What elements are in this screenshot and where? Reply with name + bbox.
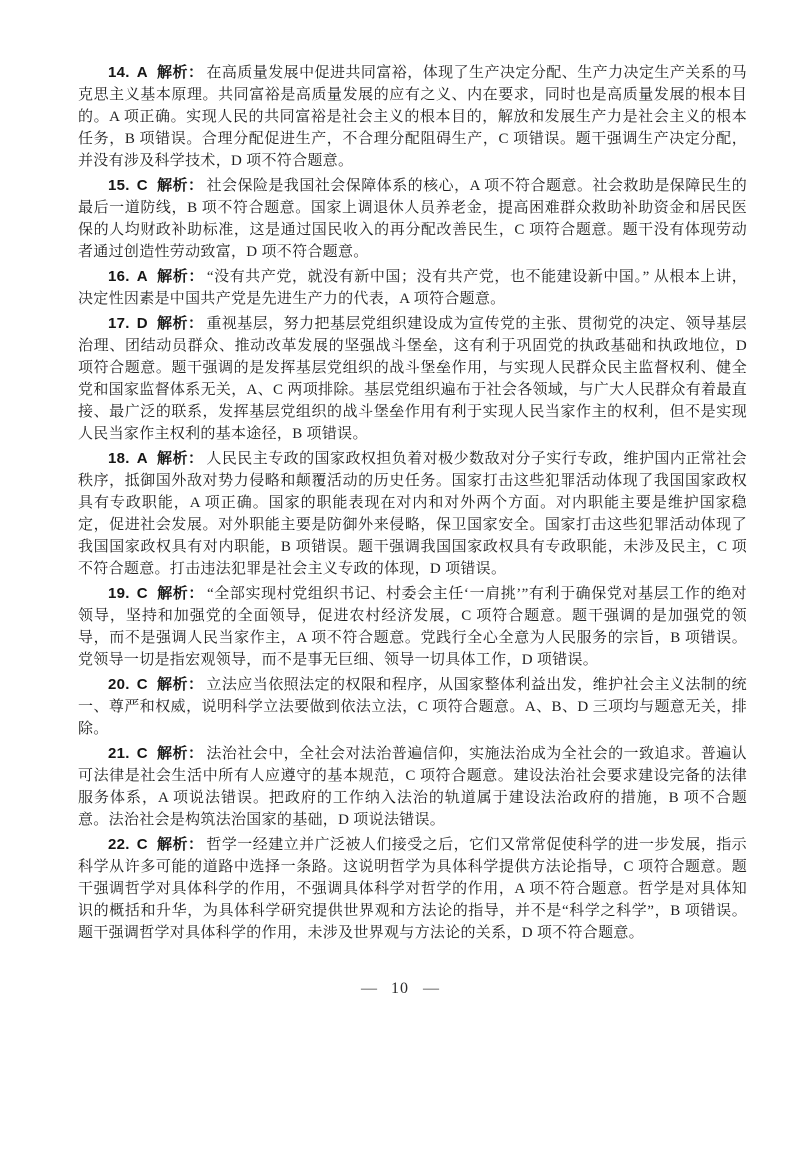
page-number: 10 xyxy=(391,980,409,998)
answer-item: 22.C解析：哲学一经建立并广泛被人们接受之后，它们又常常促使科学的进一步发展，… xyxy=(78,834,747,944)
answer-choice: C xyxy=(137,177,148,194)
answer-choice: C xyxy=(137,585,148,602)
answer-number: 22. xyxy=(108,836,130,853)
answer-number: 20. xyxy=(108,676,130,693)
analysis-label: 解析： xyxy=(157,64,204,81)
answer-choice: A xyxy=(137,64,148,81)
answer-item: 14.A解析：在高质量发展中促进共同富裕，体现了生产决定分配、生产力决定生产关系… xyxy=(78,62,747,172)
answer-number: 19. xyxy=(108,585,130,602)
analysis-label: 解析： xyxy=(157,585,204,602)
answer-item: 21.C解析：法治社会中，全社会对法治普遍信仰，实施法治成为全社会的一致追求。普… xyxy=(78,743,747,831)
answer-choice: C xyxy=(137,836,148,853)
answer-number: 14. xyxy=(108,64,130,81)
answer-item: 15.C解析：社会保险是我国社会保障体系的核心，A 项不符合题意。社会救助是保障… xyxy=(78,175,747,263)
answer-choice: C xyxy=(137,676,148,693)
answer-number: 18. xyxy=(108,450,130,467)
footer-left-dash: — xyxy=(361,980,377,998)
answer-item: 19.C解析：“全部实现村党组织书记、村委会主任‘一肩挑’”有利于确保党对基层工… xyxy=(78,583,747,671)
analysis-label: 解析： xyxy=(157,315,204,332)
answer-choice: D xyxy=(137,315,148,332)
answer-number: 15. xyxy=(108,177,130,194)
analysis-text: 人民民主专政的国家政权担负着对极少数敌对分子实行专政，维护国内正常社会秩序，抵御… xyxy=(78,451,747,577)
scanned-answer-key-page: 14.A解析：在高质量发展中促进共同富裕，体现了生产决定分配、生产力决定生产关系… xyxy=(0,0,800,1150)
answer-number: 17. xyxy=(108,315,130,332)
answer-explanations-column: 14.A解析：在高质量发展中促进共同富裕，体现了生产决定分配、生产力决定生产关系… xyxy=(0,0,800,944)
answer-item: 16.A解析：“没有共产党，就没有新中国；没有共产党，也不能建设新中国。” 从根… xyxy=(78,266,747,310)
analysis-label: 解析： xyxy=(157,676,204,693)
analysis-label: 解析： xyxy=(157,745,204,762)
answer-choice: C xyxy=(137,745,148,762)
answer-number: 21. xyxy=(108,745,130,762)
page-footer: —10— xyxy=(0,980,800,998)
answer-item: 17.D解析：重视基层，努力把基层党组织建设成为宣传党的主张、贯彻党的决定、领导… xyxy=(78,313,747,445)
answer-item: 18.A解析：人民民主专政的国家政权担负着对极少数敌对分子实行专政，维护国内正常… xyxy=(78,448,747,580)
footer-right-dash: — xyxy=(423,980,439,998)
analysis-label: 解析： xyxy=(157,836,204,853)
answer-choice: A xyxy=(137,450,148,467)
analysis-text: 重视基层，努力把基层党组织建设成为宣传党的主张、贯彻党的决定、领导基层治理、团结… xyxy=(78,316,747,442)
analysis-label: 解析： xyxy=(157,450,204,467)
answer-choice: A xyxy=(137,268,148,285)
answer-number: 16. xyxy=(108,268,130,285)
analysis-label: 解析： xyxy=(157,268,204,285)
analysis-label: 解析： xyxy=(157,177,204,194)
answer-item: 20.C解析：立法应当依照法定的权限和程序，从国家整体利益出发，维护社会主义法制… xyxy=(78,674,747,740)
